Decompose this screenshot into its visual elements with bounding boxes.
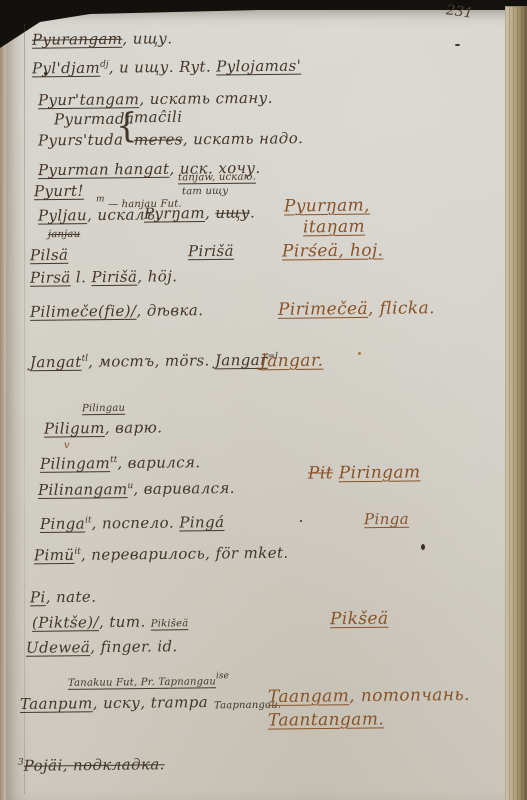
manuscript-photo: 231 Pyurangam, ищу. Pyl'djamdj, и ищу. R… <box>0 0 527 800</box>
headword: Pilingam <box>40 454 110 473</box>
note-tanjaw: tanjaw, искаю. <box>178 172 256 184</box>
entry-pyrnam: Pyrŋam, ищу. <box>144 203 255 222</box>
headword: Jangat <box>30 353 82 372</box>
revision-word: Taangam <box>268 686 349 707</box>
headword: Piligum <box>44 419 105 438</box>
note-word: Tapnangau <box>158 676 216 688</box>
revision-itanam: itaŋam <box>303 217 365 238</box>
headword: Pilsä <box>30 246 69 264</box>
entry-pimu: Pimüit, переварилось, för mket. <box>34 544 289 565</box>
revision-word: itaŋam <box>303 217 365 238</box>
note-text: tanjaw, искаю. <box>178 172 256 184</box>
entry-pyurangam: Pyurangam, ищу. <box>32 29 173 48</box>
headword: Pinga <box>40 514 85 532</box>
link-abbrev: l. <box>71 268 92 286</box>
comma: , <box>205 204 216 222</box>
revision-word: Piringam <box>339 462 421 483</box>
headword: Pyurman hangat <box>38 160 170 179</box>
headword: Pi <box>30 588 46 606</box>
superscript: dj <box>100 60 109 70</box>
foxing-spot <box>358 352 361 355</box>
variant-meres: meres, искать надо. <box>134 129 303 149</box>
page-gutter-crease <box>24 24 25 794</box>
variant-word: meres <box>134 130 183 149</box>
revision-pinga: Pinga <box>364 510 409 528</box>
gloss: , finger. id. <box>90 637 178 656</box>
entry-pyurt: Pyurt! <box>34 182 84 201</box>
variant-word: maĉili <box>134 108 183 127</box>
revision-word: Pirśeä, hoj. <box>282 240 384 261</box>
entry-pilsa-mid: Pirišä <box>188 242 234 260</box>
revision-pirimecea: Pirimečeä, flicka. <box>278 298 435 320</box>
book-page-stack-edge <box>505 0 527 800</box>
entry-pinga: Pingait, поспело. Pingá <box>40 513 225 533</box>
gloss: , мостъ, mörs. <box>88 351 215 370</box>
gloss: , искать стану. <box>139 89 273 108</box>
revision-pirsea: Pirśeä, hoj. <box>282 240 384 261</box>
gloss: , höj. <box>137 267 177 285</box>
headword: Pilimeče(fie)/ <box>30 302 137 321</box>
note-text: tam ищу <box>182 186 228 197</box>
ink-speck <box>300 520 302 522</box>
headword: Pyljau <box>38 206 87 225</box>
variant-word: janjau <box>48 229 80 240</box>
variant-word: Pirišä <box>188 242 234 260</box>
entry-pyldjam: Pyl'djamdj, и ищу. Ryt. Pylojamas' <box>32 57 301 78</box>
revision-piksea: Pikšeä <box>330 609 389 630</box>
variant-macili: maĉili <box>134 108 183 127</box>
entry-piligum: Piligum, варю. <box>44 418 163 437</box>
entry-pyljau: Pyljau, искалъ. <box>38 205 161 224</box>
superscript: ise <box>216 671 229 681</box>
note-tam: tam ищу <box>182 186 228 197</box>
gloss: , варивался. <box>133 479 235 498</box>
gloss: , варился. <box>117 453 200 472</box>
revision-jangar: Jangar. <box>260 351 324 372</box>
reference-abbrev: Ryt. <box>179 57 216 75</box>
note-text: Tanakuu Fut, Pr. <box>68 677 158 689</box>
reference-word: Pylojamas' <box>216 57 301 76</box>
revision-taangam: Taangam, потопчань. <box>268 685 470 707</box>
crossed-entry: Pojäi, подкладка. <box>24 755 165 774</box>
variant-word: Pirišä <box>91 268 137 286</box>
entry-pilsa: Pilsä <box>30 246 69 264</box>
gloss: , искать надо. <box>183 129 304 148</box>
entry-piktse: (Piktše)/, tum. Pikišeä <box>32 612 189 632</box>
revision-piringam: Pit Piringam <box>308 462 421 483</box>
revision-word: Jangar. <box>260 351 324 372</box>
revision-word: Pirimečeä <box>278 299 368 320</box>
crossed-variant-janjau: janjau <box>48 229 80 240</box>
gloss: , поспело. <box>92 514 180 533</box>
check-mark: v <box>64 440 70 451</box>
revision-pyurnam: Pyurŋam, <box>284 196 370 217</box>
revision-gloss: , потопчань. <box>349 685 470 706</box>
ink-speck <box>455 44 460 46</box>
revision-word: Pikšeä <box>330 609 389 630</box>
superscript: m <box>96 194 105 204</box>
entry-udewea: Udeweä, finger. id. <box>26 637 178 657</box>
note-pilingau: Pilingau <box>82 403 125 414</box>
headword: Pilinangam <box>38 480 128 499</box>
gloss: , tum. <box>99 613 151 632</box>
note-tapnangau: Tanakuu Fut, Pr. Tapnangauise <box>68 671 229 689</box>
entry-pilingam: Pilingamtt, варился. <box>40 453 201 473</box>
variant-word: Pingá <box>179 513 224 531</box>
headword: Taanpum <box>20 694 93 713</box>
entry-pojai-crossed: 3Pojäi, подкладка. <box>18 755 165 775</box>
headword: Pyurangam <box>32 30 123 49</box>
entry-pirsa: Pirsä l. Pirišä, höj. <box>30 267 178 287</box>
headword: Pirsä <box>30 268 71 286</box>
note-text: Pilingau <box>82 403 125 414</box>
headword: Udeweä <box>26 638 90 657</box>
headword: Pyl'djam <box>32 59 100 78</box>
period: . <box>250 203 255 221</box>
headword: Pyurs'tuda <box>38 131 124 150</box>
crossed-gloss: ищу <box>215 203 250 221</box>
entry-jangat: Jangattl, мостъ, mörs. Jangar̈=l <box>30 351 278 372</box>
revision-taantangam: Taantangam. <box>268 709 384 730</box>
revision-gloss: , flicka. <box>368 298 435 319</box>
entry-pi: Pi, nate. <box>30 588 97 607</box>
ink-speck <box>421 544 425 550</box>
gloss: , варю. <box>105 418 163 437</box>
entry-pyurstuda: Pyurs'tuda <box>38 131 124 150</box>
crossed-word: Pit <box>308 463 333 483</box>
headword: (Piktše)/ <box>32 613 99 632</box>
gloss: , дѣвка. <box>136 301 203 320</box>
headword: Pimü <box>34 546 75 564</box>
gloss: , ищу. <box>122 29 172 48</box>
revision-word: Taantangam. <box>268 709 384 730</box>
entry-pyurtangam: Pyur'tangam, искать стану. <box>38 89 273 109</box>
entry-taanpum: Taanpum, иску, trampa <box>20 693 208 713</box>
entry-pilimece: Pilimeče(fie)/, дѣвка. <box>30 301 204 321</box>
gloss: , nate. <box>46 588 97 607</box>
headword: Pyurt! <box>34 182 84 201</box>
revision-word: Pinga <box>364 510 409 528</box>
gloss: , переварилось, för mket. <box>81 544 289 564</box>
entry-pilinangam: Pilinangamu, варивался. <box>38 479 235 499</box>
headword: Pyrŋam <box>144 204 205 223</box>
gloss: , и ищу. <box>109 58 180 77</box>
ink-speck <box>44 72 47 75</box>
variant-word: Pikišeä <box>151 618 189 629</box>
revision-word: Pyurŋam, <box>284 196 370 217</box>
gloss: , иску, trampa <box>93 693 208 712</box>
